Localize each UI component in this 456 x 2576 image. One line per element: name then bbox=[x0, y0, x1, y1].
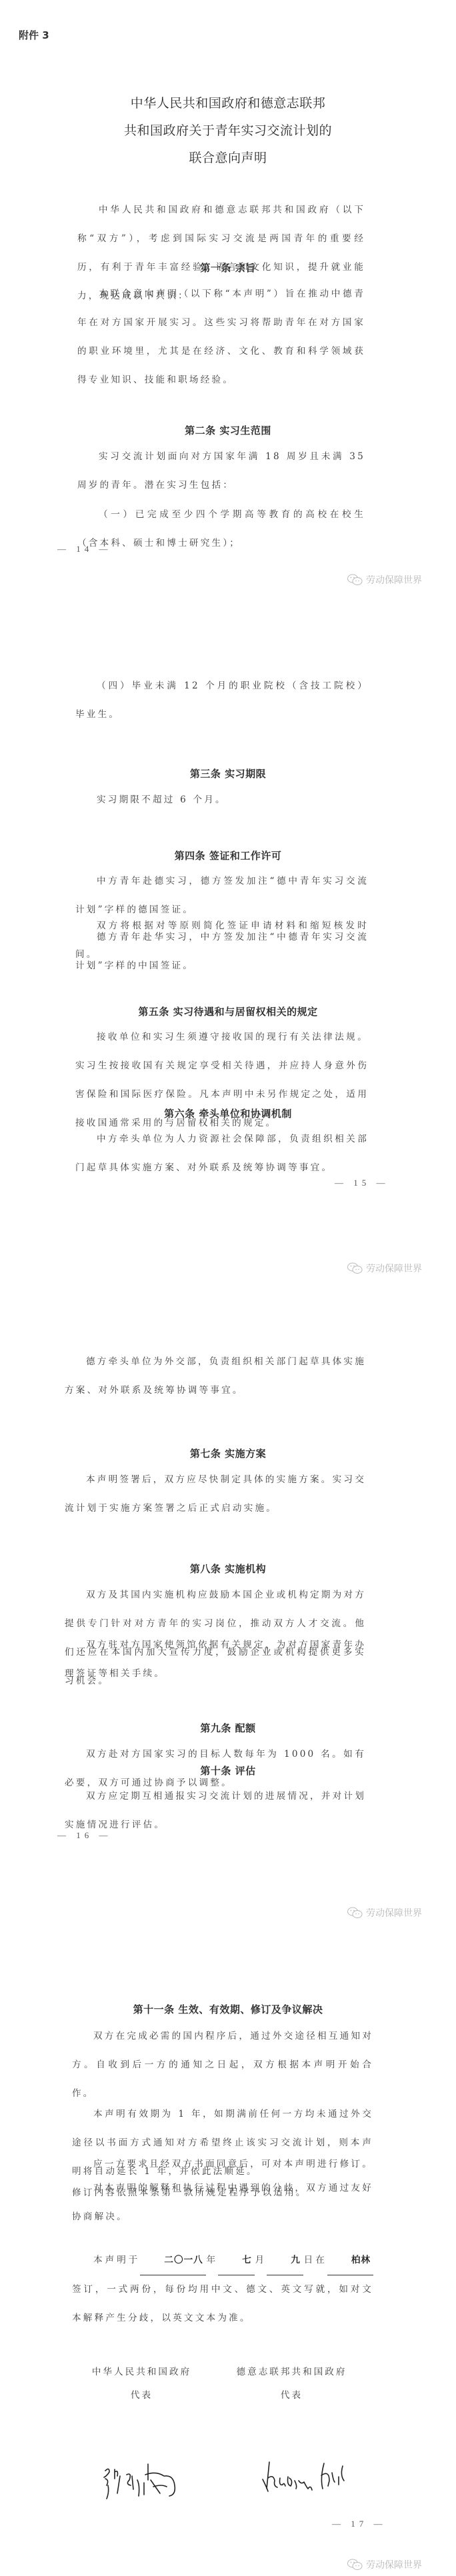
document-title-line-2: 共和国政府关于青年实习交流计划的 bbox=[0, 121, 456, 139]
page-number-14: — 14 — bbox=[57, 544, 112, 555]
article-7-heading: 第七条 实施方案 bbox=[0, 1446, 456, 1460]
article-6-paragraph-2: 德方牵头单位为外交部，负责组织相关部门起草具体实施方案、对外联系及统筹协调等事宜… bbox=[65, 1348, 366, 1405]
article-9-heading: 第九条 配额 bbox=[0, 1721, 456, 1735]
document-title-line-3: 联合意向声明 bbox=[0, 148, 456, 166]
watermark-text: 劳动保障世界 bbox=[366, 2558, 422, 2571]
attachment-label: 附件 3 bbox=[19, 28, 49, 42]
signing-place: 柏林 bbox=[327, 2246, 373, 2275]
party-china-name: 中华人民共和国政府 bbox=[83, 2364, 200, 2377]
article-2-paragraph: 实习交流计划面向对方国家年满 18 周岁且未满 35 周岁的青年。潜在实习生包括… bbox=[77, 443, 365, 500]
article-6-heading: 第六条 牵头单位和协调机制 bbox=[0, 1106, 456, 1120]
article-2-heading: 第二条 实习生范围 bbox=[0, 423, 456, 437]
article-8-paragraph-2: 双方驻对方国家使领馆依据有关规定，为对方国家青年办理签证等相关手续。 bbox=[65, 1631, 366, 1688]
watermark: 劳动保障世界 bbox=[347, 1262, 422, 1275]
document-title-line-1: 中华人民共和国政府和德意志联邦 bbox=[0, 93, 456, 111]
wechat-icon bbox=[347, 2558, 364, 2571]
article-10-heading: 第十条 评估 bbox=[0, 1764, 456, 1778]
signing-prefix: 本声明于 bbox=[93, 2255, 140, 2265]
wechat-icon bbox=[347, 1906, 364, 1920]
signature-china bbox=[100, 2456, 190, 2503]
article-8-heading: 第八条 实施机构 bbox=[0, 1562, 456, 1576]
article-7-paragraph: 本声明签署后，双方应尽快制定具体的实施方案。实习交流计划于实施方案签署之后正式启… bbox=[65, 1466, 366, 1523]
article-11-paragraph-1: 双方在完成必需的国内程序后，通过外交途径相互通知对方。自收到后一方的通知之日起，… bbox=[72, 2022, 373, 2108]
watermark-text: 劳动保障世界 bbox=[366, 1906, 422, 1920]
article-11-heading: 第十一条 生效、有效期、修订及争议解决 bbox=[0, 2002, 456, 2016]
signing-day: 九 bbox=[267, 2246, 303, 2275]
signing-month-suffix: 月 bbox=[255, 2255, 267, 2265]
watermark-text: 劳动保障世界 bbox=[366, 573, 422, 587]
article-2-item-1: （一）已完成至少四个学期高等教育的高校在校生（含本科、硕士和博士研究生）； bbox=[77, 501, 365, 558]
watermark: 劳动保障世界 bbox=[347, 1906, 422, 1920]
article-2-item-4: （四）毕业未满 12 个月的职业院校（含技工院校）毕业生。 bbox=[75, 672, 369, 729]
article-3-heading: 第三条 实习期限 bbox=[0, 766, 456, 780]
article-1-paragraph: 本联合意向声明（以下称“本声明”）旨在推动中德青年在对方国家开展实习。这些实习将… bbox=[77, 280, 365, 395]
article-5-paragraph: 接收单位和实习生须遵守接收国的现行有关法律法规。实习生按接收国有关规定享受相关待… bbox=[75, 1023, 369, 1138]
signing-month: 七 bbox=[218, 2246, 255, 2275]
wechat-icon bbox=[347, 1262, 364, 1275]
signature-germany bbox=[260, 2458, 360, 2499]
party-china-role: 代表 bbox=[83, 2387, 200, 2401]
signing-rest: 签订，一式两份，每份均用中文、德文、英文写就，如对文本解释产生分歧，以英文文本为… bbox=[72, 2284, 373, 2323]
party-germany-role: 代表 bbox=[230, 2387, 353, 2401]
page-number-15: — 15 — bbox=[335, 1178, 389, 1188]
party-germany-name: 德意志联邦共和国政府 bbox=[230, 2364, 353, 2377]
wechat-icon bbox=[347, 573, 364, 587]
article-4-heading: 第四条 签证和工作许可 bbox=[0, 848, 456, 862]
signing-paragraph: 本声明于二〇一八年七月九日在柏林签订，一式两份，每份均用中文、德文、英文写就，如… bbox=[72, 2246, 373, 2333]
watermark: 劳动保障世界 bbox=[347, 2558, 422, 2571]
article-3-paragraph: 实习期限不超过 6 个月。 bbox=[75, 786, 369, 814]
watermark: 劳动保障世界 bbox=[347, 573, 422, 587]
page-number-16: — 16 — bbox=[57, 1830, 112, 1841]
article-4-paragraph-3: 双方将根据对等原则简化签证申请材料和缩短核发时间。 bbox=[75, 912, 369, 969]
article-11-paragraph-4: 对本声明的解释和执行过程中遇到的分歧，双方通过友好协商解决。 bbox=[72, 2174, 373, 2231]
article-1-heading: 第一条 宗旨 bbox=[0, 261, 456, 275]
signing-year: 二〇一八 bbox=[140, 2246, 205, 2275]
page-number-17: — 17 — bbox=[332, 2519, 387, 2529]
signing-day-suffix: 日在 bbox=[303, 2255, 327, 2265]
signing-year-suffix: 年 bbox=[206, 2255, 218, 2265]
watermark-text: 劳动保障世界 bbox=[366, 1262, 422, 1275]
article-5-heading: 第五条 实习待遇和与居留权相关的规定 bbox=[0, 1004, 456, 1018]
article-6-paragraph-1: 中方牵头单位为人力资源社会保障部，负责组织相关部门起草具体实施方案、对外联系及统… bbox=[75, 1125, 369, 1182]
